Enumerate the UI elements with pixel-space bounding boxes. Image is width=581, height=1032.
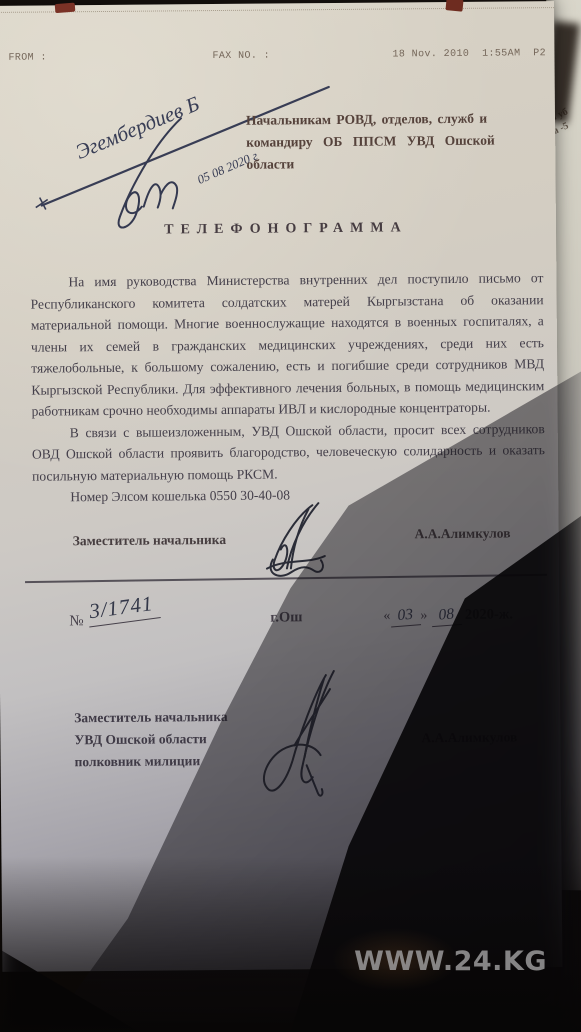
quote-close: » — [420, 608, 427, 623]
signature-1-role: Заместитель начальника — [73, 532, 227, 549]
signature-2-name: А.А.Алимкулов — [421, 729, 517, 746]
fax-header: FROM : FAX NO. : 18 Nov. 2010 1:55AM P2 — [0, 48, 550, 53]
registration-number-label: № — [69, 613, 83, 630]
fax-datetime: 18 Nov. 2010 1:55AM P2 — [392, 48, 546, 60]
body-paragraph-1: На имя руководства Министерства внутренн… — [30, 267, 544, 422]
addressee-line: Начальникам РОВД, отделов, служб и — [246, 107, 542, 132]
watermark: WWW.24.KG — [354, 946, 547, 977]
registration-city: г.Ош — [270, 609, 302, 626]
addressee-line: области — [246, 151, 542, 176]
date-day-handwritten: 03 — [390, 605, 421, 627]
addressee-line: командиру ОБ ППСМ УВД Ошской — [246, 129, 542, 154]
signature-2-role-line: Заместитель начальника — [74, 706, 228, 729]
registration-line: № 3/1741 г.Ош «03» 082020-ж. — [0, 1, 554, 6]
signature-2-scribble — [254, 665, 367, 804]
date-year: 2020-ж. — [465, 606, 513, 622]
document-title: ТЕЛЕФОНОГРАММА — [16, 219, 556, 240]
registration-number-handwritten: 3/1741 — [86, 590, 161, 627]
tape-mark-right — [445, 0, 463, 12]
tape-mark-left — [55, 3, 76, 14]
document-body: На имя руководства Министерства внутренн… — [30, 267, 545, 508]
paper-top-edge-dotted-line — [0, 7, 554, 13]
registration-date: «03» 082020-ж. — [383, 605, 513, 626]
signature-2-role-line: полковник милиции — [75, 750, 229, 773]
signature-1-name: А.А.Алимкулов — [415, 525, 511, 542]
photo-background: ши уб ча -5 FROM : FAX NO. : 18 Nov. 201… — [0, 0, 581, 1032]
signature-2-role: Заместитель начальника УВД Ошской област… — [74, 706, 228, 773]
signature-2-role-line: УВД Ошской области — [74, 728, 228, 751]
fax-number-label: FAX NO. : — [212, 51, 270, 63]
body-paragraph-2: В связи с вышеизложенным, УВД Ошской обл… — [32, 418, 546, 487]
signature-1-scribble — [250, 497, 339, 586]
document-paper: FROM : FAX NO. : 18 Nov. 2010 1:55AM P2 … — [0, 1, 562, 972]
annotation-name-text: Эгембердиев Б — [72, 91, 203, 163]
fax-from-label: FROM : — [8, 52, 47, 63]
addressee: Начальникам РОВД, отделов, служб и коман… — [246, 107, 543, 176]
date-month-handwritten: 08 — [430, 605, 461, 627]
